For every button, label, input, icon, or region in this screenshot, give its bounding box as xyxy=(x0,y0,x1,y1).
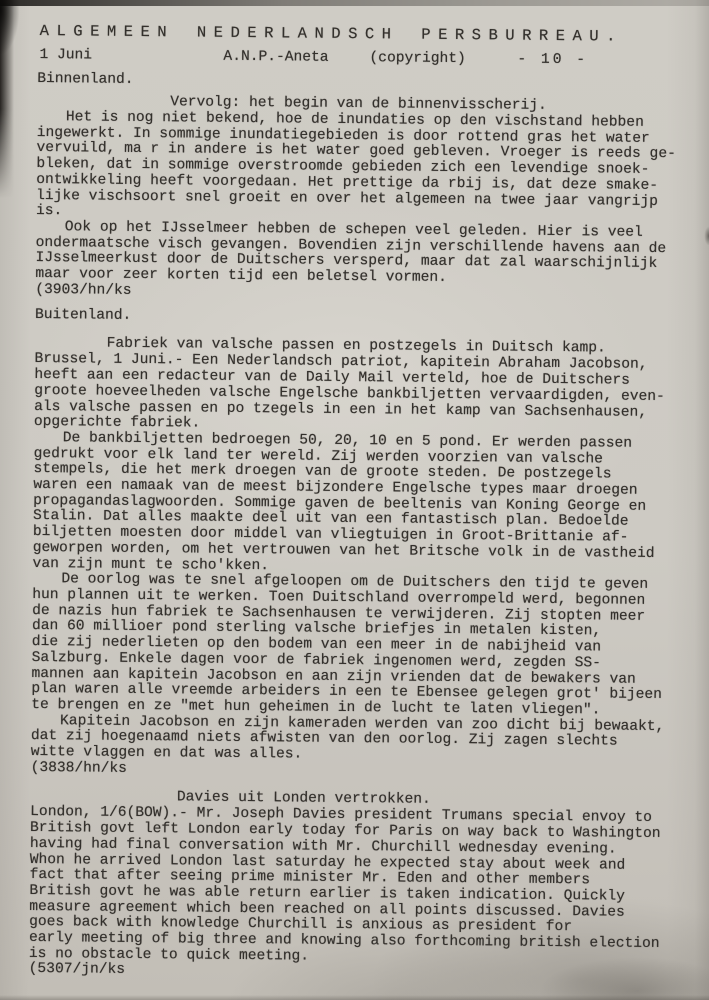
paragraph: Brussel, 1 Juni.- Een Nederlandsch patri… xyxy=(34,352,678,437)
copyright-notice: (copyright) xyxy=(369,50,465,67)
scanned-document-page: ALGEMEEN NEDERLANDSCH PERSBURREAU. 1 Jun… xyxy=(0,0,709,1000)
agency-name: A.N.P.-Aneta xyxy=(223,49,328,66)
paragraph: Kapitein Jacobson en zijn kameraden werd… xyxy=(31,714,674,767)
masthead-title: ALGEMEEN NEDERLANDSCH PERSBURREAU. xyxy=(40,22,681,46)
section-label-binnenland: Binnenland. xyxy=(37,71,680,93)
paragraph: Ook op het IJsselmeer hebben de schepen … xyxy=(35,220,679,289)
page-number: - 10 - xyxy=(517,52,588,69)
paragraph: De oorlog was te snel afgeloopen om de D… xyxy=(31,572,675,719)
meta-row: 1 Juni A.N.P.-Aneta (copyright) - 10 - xyxy=(37,47,680,70)
paragraph: Het is nog niet bekend, hoe de inundatie… xyxy=(36,110,680,226)
paragraph: De bankbiljetten bedroegen 50, 20, 10 en… xyxy=(33,431,677,578)
paragraph: London, 1/6(BOW).- Mr. Joseph Davies pre… xyxy=(29,805,673,968)
page-text: ALGEMEEN NEDERLANDSCH PERSBURREAU. 1 Jun… xyxy=(0,0,709,985)
date: 1 Juni xyxy=(39,47,92,64)
scan-artifact-bottom-edge xyxy=(0,995,709,1000)
section-label-buitenland: Buitenland. xyxy=(35,307,678,329)
